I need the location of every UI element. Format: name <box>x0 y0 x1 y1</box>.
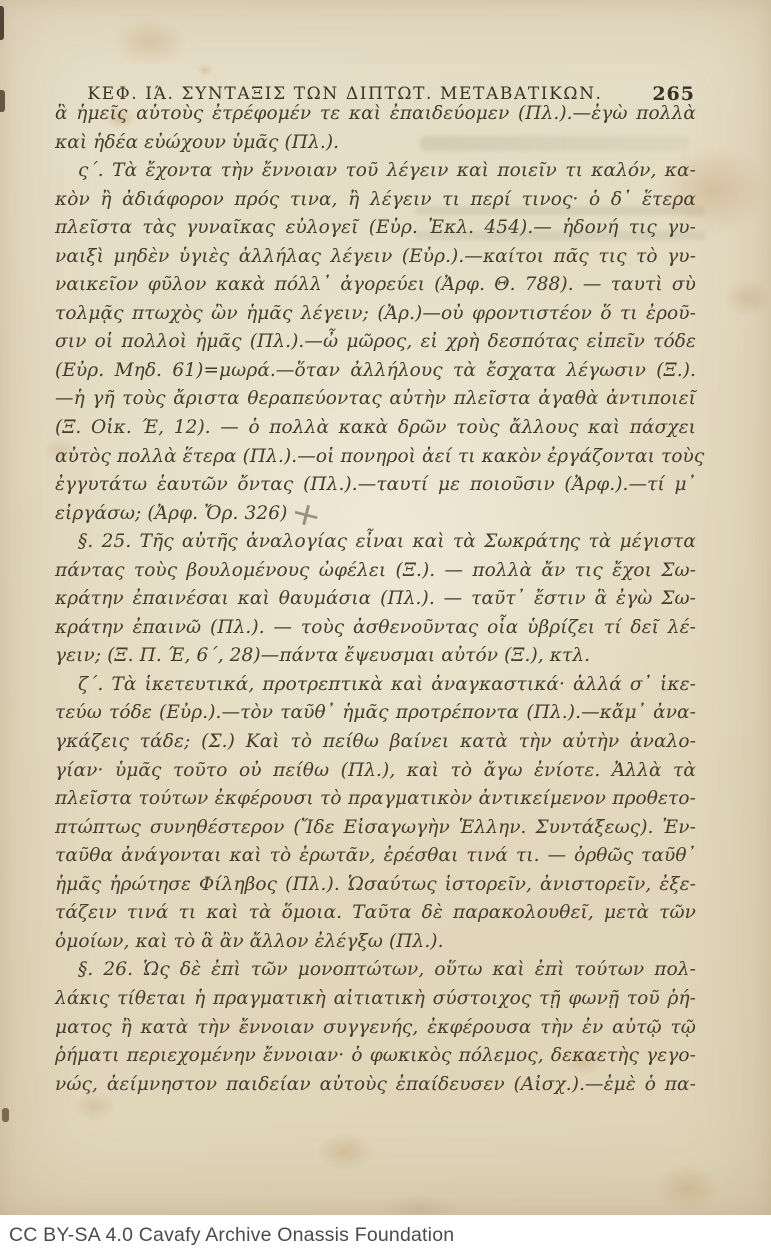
text-line: πτώπτως συνηθέστερον (Ἴδε Εἰσαγωγὴν Ἑλλη… <box>55 814 696 843</box>
text-line: §. 25. Τῆς αὐτῆς ἀναλογίας εἶναι καὶ τὰ … <box>55 528 696 557</box>
text-line: σιν οἱ πολλοὶ ἡμᾶς (Πλ.).—ὦ μῶρος, εἰ χρ… <box>55 328 696 357</box>
text-line: ἐγγυτάτω ἑαυτῶν ὄντας (Πλ.).—ταυτί με πο… <box>55 471 696 500</box>
license-bar: CC BY-SA 4.0 Cavafy Archive Onassis Foun… <box>0 1215 771 1257</box>
text-line: καὶ ἡδέα εὐώχουν ὑμᾶς (Πλ.). <box>55 129 696 158</box>
text-line: κράτην ἐπαινέσαι καὶ θαυμάσια (Πλ.). — τ… <box>55 585 696 614</box>
text-line: πλεῖστα τούτων ἐκφέρουσι τὸ πραγματικὸν … <box>55 785 696 814</box>
text-line: ναικεῖον φῦλον κακὰ πόλλ᾽ ἀγορεύει (Ἀρφ.… <box>55 271 696 300</box>
scan-edge-artifact <box>2 1108 9 1122</box>
text-line: τάζειν τινά τι καὶ τὰ ὅμοια. Ταῦτα δὲ πα… <box>55 899 696 928</box>
text-line: §. 26. Ὡς δὲ ἐπὶ τῶν μονοπτώτων, οὕτω κα… <box>55 956 696 985</box>
paper-page: ΚΕΦ. ΙΆ. ΣΥΝΤΑΞΙΣ ΤΩΝ ΔΙΠΤΩΤ. ΜΕΤΑΒΑΤΙΚΩ… <box>0 0 771 1215</box>
text-line: γίαν· ὑμᾶς τοῦτο οὐ πείθω (Πλ.), καὶ τὸ … <box>55 757 696 786</box>
text-line: ζ΄. Τὰ ἱκετευτικά, προτρεπτικὰ καὶ ἀναγκ… <box>55 671 696 700</box>
text-line: —ἡ γῆ τοὺς ἄριστα θεραπεύοντας αὐτὴν πλε… <box>55 385 696 414</box>
text-line: ἃ ἡμεῖς αὐτοὺς ἐτρέφομέν τε καὶ ἐπαιδεύο… <box>55 100 696 129</box>
text-line: ὁμοίων, καὶ τὸ ἃ ἂν ἄλλον ἐλέγξω (Πλ.). <box>55 928 696 957</box>
text-line: κράτην ἐπαινῶ (Πλ.). — τοὺς ἀσθενοῦντας … <box>55 614 696 643</box>
text-line: (Ξ. Οἰκ. Έ, 12). — ὁ πολλὰ κακὰ δρῶν τοὺ… <box>55 414 696 443</box>
text-line: τολμᾷς πτωχὸς ὢν ἡμᾶς λέγειν; (Ἀρ.)—οὐ φ… <box>55 300 696 329</box>
scan-edge-artifact <box>0 6 4 40</box>
page-text: ἃ ἡμεῖς αὐτοὺς ἐτρέφομέν τε καὶ ἐπαιδεύο… <box>55 100 696 1099</box>
text-line: τεύω τόδε (Εὐρ.).—τὸν ταῦθ᾽ ἡμᾶς προτρέπ… <box>55 699 696 728</box>
text-line: νώς, ἀείμνηστον παιδείαν αὐτοὺς ἐπαίδευσ… <box>55 1071 696 1100</box>
text-line: ταῦθα ἀνάγονται καὶ τὸ ἐρωτᾶν, ἐρέσθαι τ… <box>55 842 696 871</box>
text-line: λάκις τίθεται ἡ πραγματικὴ αἰτιατικὴ σύσ… <box>55 985 696 1014</box>
text-line: (Εὐρ. Μηδ. 61)=μωρά.—ὅταν ἀλλήλους τὰ ἔσ… <box>55 357 696 386</box>
text-line: εἰργάσω; (Ἀρφ. Ὄρ. 326) <box>55 500 696 529</box>
license-text: CC BY-SA 4.0 Cavafy Archive Onassis Foun… <box>9 1215 454 1255</box>
text-line: γκάζεις τάδε; (Σ.) Καὶ τὸ πείθω βαίνει κ… <box>55 728 696 757</box>
text-line: ς΄. Τὰ ἔχοντα τὴν ἔννοιαν τοῦ λέγειν καὶ… <box>55 157 696 186</box>
text-line: πάντας τοὺς βουλομένους ὠφέλει (Ξ.). — π… <box>55 557 696 586</box>
scan-edge-artifact <box>0 90 5 112</box>
text-line: αὐτὸς πολλὰ ἕτερα (Πλ.).—οἱ πονηροὶ ἀεί … <box>55 443 696 472</box>
text-line: κὸν ἢ ἀδιάφορον πρός τινα, ἢ λέγειν τι π… <box>55 186 696 215</box>
text-line: πλεῖστα τὰς γυναῖκας εὐλογεῖ (Εὐρ. Ἐκλ. … <box>55 214 696 243</box>
text-line: ναιξὶ μηδὲν ὑγιὲς ἀλλήλας λέγειν (Εὐρ.).… <box>55 243 696 272</box>
text-line: ματος ἢ κατὰ τὴν ἔννοιαν συγγενής, ἐκφέρ… <box>55 1014 696 1043</box>
text-line: ῥήματι περιεχομένην ἔννοιαν· ὁ φωκικὸς π… <box>55 1042 696 1071</box>
text-line: ἡμᾶς ἠρώτησε Φίληβος (Πλ.). Ὡσαύτως ἱστο… <box>55 871 696 900</box>
scanned-book-page: ΚΕΦ. ΙΆ. ΣΥΝΤΑΞΙΣ ΤΩΝ ΔΙΠΤΩΤ. ΜΕΤΑΒΑΤΙΚΩ… <box>0 0 771 1257</box>
text-line: γειν; (Ξ. Π. Έ, 6΄, 28)—πάντα ἔψευσμαι α… <box>55 642 696 671</box>
